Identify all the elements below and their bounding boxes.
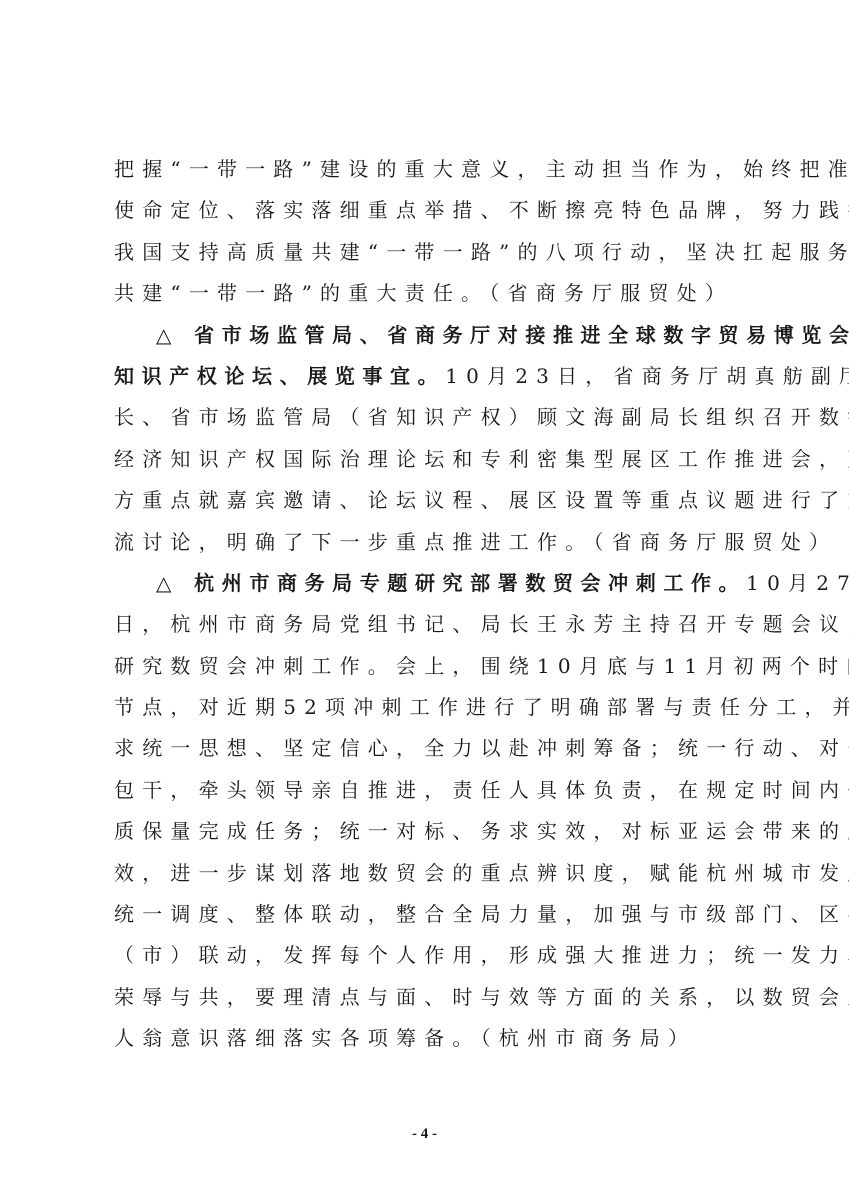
item-heading-line: 知识产权论坛、展览事宜。10月23日，省商务厅胡真舫副厅 xyxy=(114,356,754,397)
paragraph-line: 效，进一步谋划落地数贸会的重点辨识度，赋能杭州城市发展； xyxy=(114,853,754,894)
paragraph-line: 经济知识产权国际治理论坛和专利密集型展区工作推进会，双 xyxy=(114,439,754,480)
paragraph-line: 方重点就嘉宾邀请、论坛议程、展区设置等重点议题进行了交 xyxy=(114,480,754,521)
page-number: - 4 - xyxy=(0,1126,849,1143)
paragraph-line: 我国支持高质量共建“一带一路”的八项行动，坚决扛起服务 xyxy=(114,232,754,273)
item-heading-continued: 知识产权论坛、展览事宜。 xyxy=(114,364,445,388)
triangle-icon: △ xyxy=(156,323,180,347)
item-text: 10月27 xyxy=(746,571,849,595)
paragraph-line: 流讨论，明确了下一步重点推进工作。（省商务厅服贸处） xyxy=(114,522,754,563)
item-text: 10月23日，省商务厅胡真舫副厅 xyxy=(445,364,849,388)
paragraph-line: 荣辱与共，要理清点与面、时与效等方面的关系，以数贸会主 xyxy=(114,977,754,1018)
item-heading-line: △ 杭州市商务局专题研究部署数贸会冲刺工作。10月27 xyxy=(114,563,754,604)
paragraph-line: 日，杭州市商务局党组书记、局长王永芳主持召开专题会议， xyxy=(114,604,754,645)
document-body: 把握“一带一路”建设的重大意义，主动担当作为，始终把准 使命定位、落实落细重点举… xyxy=(114,149,754,1060)
paragraph-line: 包干，牵头领导亲自推进，责任人具体负责，在规定时间内保 xyxy=(114,770,754,811)
paragraph-line: 统一调度、整体联动，整合全局力量，加强与市级部门、区县 xyxy=(114,894,754,935)
paragraph-line: 研究数贸会冲刺工作。会上，围绕10月底与11月初两个时间 xyxy=(114,646,754,687)
paragraph-line: 人翁意识落细落实各项筹备。（杭州市商务局） xyxy=(114,1018,754,1059)
paragraph-line: 共建“一带一路”的重大责任。（省商务厅服贸处） xyxy=(114,273,754,314)
item-heading: 杭州市商务局专题研究部署数贸会冲刺工作。 xyxy=(194,571,746,595)
paragraph-line: 使命定位、落实落细重点举措、不断擦亮特色品牌，努力践行 xyxy=(114,190,754,231)
paragraph-line: （市）联动，发挥每个人作用，形成强大推进力；统一发力、 xyxy=(114,935,754,976)
paragraph-line: 长、省市场监管局（省知识产权）顾文海副局长组织召开数字 xyxy=(114,397,754,438)
paragraph-line: 节点，对近期52项冲刺工作进行了明确部署与责任分工，并要 xyxy=(114,687,754,728)
paragraph-line: 把握“一带一路”建设的重大意义，主动担当作为，始终把准 xyxy=(114,149,754,190)
paragraph-line: 求统一思想、坚定信心，全力以赴冲刺筹备；统一行动、对号 xyxy=(114,728,754,769)
triangle-icon: △ xyxy=(156,571,180,595)
item-heading: 省市场监管局、省商务厅对接推进全球数字贸易博览会 xyxy=(194,323,849,347)
paragraph-line: 质保量完成任务；统一对标、务求实效，对标亚运会带来的成 xyxy=(114,811,754,852)
item-heading-line: △ 省市场监管局、省商务厅对接推进全球数字贸易博览会 xyxy=(114,315,754,356)
